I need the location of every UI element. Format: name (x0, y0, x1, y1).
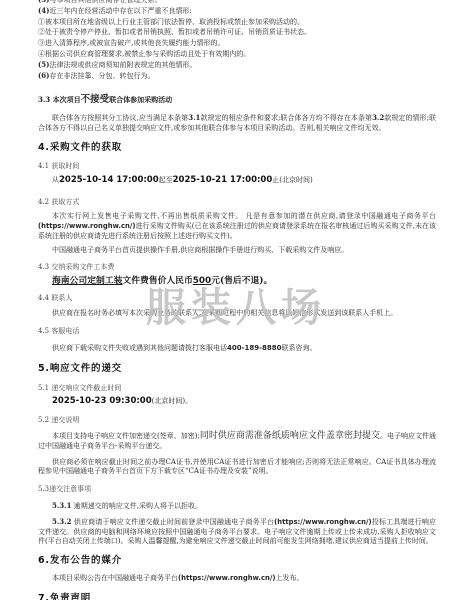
intro-line: ④根据公司供应商管理要求,被禁止参与采购活动且处于有效期内的。 (38, 49, 436, 60)
clause-ref: 3.1 (188, 113, 200, 122)
section-4-2-heading: 4.2 获取方式 (38, 198, 436, 208)
clause-text: 法律法规或供应商须知前附表规定的其他情形。 (50, 61, 197, 69)
clause-marker: (3) (38, 0, 50, 4)
text-run: 本次实行网上发售电子采购文件,不再出售纸质采购文件。 凡是有意参加的潜在供应商,… (52, 212, 436, 220)
clause-marker: (4) (38, 6, 50, 15)
clause-ref: 3.2 (372, 113, 384, 122)
obtain-end-datetime: 2025-10-21 17:00:00 (173, 175, 273, 185)
intro-line: (6)存在非法挂靠、分包、转包行为。 (38, 71, 436, 82)
deadline-line: 2025-10-23 09:30:00(北京时间)。 (38, 397, 436, 407)
heading-text: 本次项目 (50, 95, 80, 104)
announcement-media-paragraph: 本项目采购公告在中国融通电子商务平台(https://www.ronghw.cn… (38, 574, 436, 584)
text-run: 本项目采购公告在中国融通电子商务平台 (52, 574, 178, 582)
text-run: 本项目支持电子响应文件加密递交(签章、加密); (52, 432, 200, 440)
clause-text: 与本项目其他供应商存在管理关系。 (50, 0, 162, 4)
section-5-heading: 5.响应文件的递交 (38, 363, 436, 375)
intro-line: (4)近三年内在经营活动中存在以下严重不良情形: (38, 6, 436, 17)
text-run: 供应商下载采购文件失败或遇到其他问题请拨打客服电话 (52, 344, 227, 352)
intro-line: ③进入清算程序,或被宣告破产,或其他丧失履约能力情形的。 (38, 38, 436, 49)
section-5-1-heading: 5.1 递交响应文件截止时间 (38, 384, 436, 394)
text-run: 止(北京时间) (272, 176, 312, 184)
submission-deadline-datetime: 2025-10-23 09:30:00 (52, 396, 152, 406)
text-run: 联合体各方按照其分工协议,应当满足本条第 (52, 114, 188, 122)
consortium-paragraph: 联合体各方按照其分工协议,应当满足本条第3.1款规定的相应条件和要求;联合体各方… (38, 113, 436, 134)
platform-url: (https://www.ronghw.cn/) (38, 222, 135, 230)
obtain-start-datetime: 2025-10-14 17:00:00 (59, 175, 159, 185)
document-page: 服装八场 (3)与本项目其他供应商存在管理关系。 (4)近三年内在经营活动中存在… (0, 0, 450, 600)
clause-marker: (6) (38, 71, 50, 80)
section-5-3-heading: 5.3递交注意事项 (38, 485, 436, 495)
text-run: 上发布。 (275, 574, 303, 582)
emphasis-not-accepted: 不接受 (81, 94, 110, 105)
intro-line: ①被本项目所在地省级以上行业主管部门依法暂停、取消投标或禁止参加采购活动的。 (38, 17, 436, 28)
manual-paragraph: 中国融通电子商务平台首页提供操作手册,供应商根据操作手册进行购买、下载采购文件及… (38, 246, 436, 256)
clause-number: 5.3.2 (52, 517, 72, 526)
clause-text: ④根据公司供应商管理要求,被禁止参与采购活动且处于有效期内的。 (38, 50, 250, 58)
section-4-3-heading: 4.3 交纳采购文件工本费 (38, 263, 436, 273)
text-run: (北京时间)。 (152, 397, 192, 405)
text-run: 联系咨询。 (282, 344, 317, 352)
text-run: 从 (52, 176, 59, 184)
text-run: 逾期递交的响应文件,采购人将予以拒收。 (72, 502, 202, 510)
clause-text: 存在非法挂靠、分包、转包行为。 (50, 72, 155, 80)
platform-url: (https://www.ronghw.cn/) (274, 518, 371, 526)
section-3-3-heading: 3.3 本次项目不接受联合体参加采购活动 (38, 94, 436, 106)
section-7-heading: 7.免责声明 (38, 593, 436, 600)
ca-certificate-paragraph: 供应商必须在响应截止时间之前办理CA证书,并使用CA证书进行加密后才能响应;否则… (38, 458, 436, 478)
platform-url: (https://www.ronghw.cn/) (178, 574, 275, 582)
late-submission-paragraph: 5.3.1 逾期递交的响应文件,采购人将予以拒收。 (38, 501, 436, 512)
obtain-method-paragraph: 本次实行网上发售电子采购文件,不再出售纸质采购文件。 凡是有意参加的潜在供应商,… (38, 212, 436, 241)
upload-notice-paragraph: 5.3.2 供应商请于响应文件递交截止时间前登录中国融通电子商务平台(https… (38, 517, 436, 547)
clause-text: ②处于被责令停产停业、暂扣或者吊销执照、暂扣或者吊销许可证、吊销资质证书状态。 (38, 28, 311, 36)
text-run: 起至 (159, 176, 173, 184)
clause-text: ①被本项目所在地省级以上行业主管部门依法暂停、取消投标或禁止参加采购活动的。 (38, 18, 304, 26)
section-6-heading: 6.发布公告的媒介 (38, 555, 436, 567)
section-number: 3.3 (38, 95, 50, 104)
service-phone-paragraph: 供应商下载采购文件失败或遇到其他问题请拨打客服电话400-189-8880联系咨… (38, 344, 436, 354)
intro-line: ②处于被责令停产停业、暂扣或者吊销执照、暂扣或者吊销许可证、吊销资质证书状态。 (38, 27, 436, 38)
section-5-2-heading: 5.2 递交说明 (38, 416, 436, 426)
clause-text: 近三年内在经营活动中存在以下严重不良情形: (50, 7, 192, 15)
service-phone-number: 400-189-8880 (227, 344, 282, 352)
text-run: 款规定的相应条件和要求;联合体各方均不得存在本条第 (200, 114, 372, 122)
clause-text: ③进入清算程序,或被宣告破产,或其他丧失履约能力情形的。 (38, 39, 224, 47)
watermark: 服装八场 (146, 276, 326, 333)
text-run: 供应商请于响应文件递交截止时间前登录中国融通电子商务平台 (72, 518, 275, 526)
fee-item-name: 海南公司定制工装 (52, 276, 122, 286)
paper-submission-emphasis: 同时供应商需准备纸质响应文件盖章密封提交 (200, 431, 380, 441)
obtain-time-line: 从2025-10-14 17:00:00起至2025-10-21 17:00:0… (38, 176, 436, 186)
clause-number: 5.3.1 (52, 501, 72, 510)
heading-text: 联合体参加采购活动 (109, 95, 172, 104)
section-4-heading: 4.采购文件的获取 (38, 142, 436, 154)
submission-note-paragraph: 本项目支持电子响应文件加密递交(签章、加密);同时供应商需准备纸质响应文件盖章密… (38, 431, 436, 452)
intro-line: (5)法律法规或供应商须知前附表规定的其他情形。 (38, 60, 436, 71)
section-4-1-heading: 4.1 获取时间 (38, 162, 436, 172)
clause-marker: (5) (38, 60, 50, 69)
